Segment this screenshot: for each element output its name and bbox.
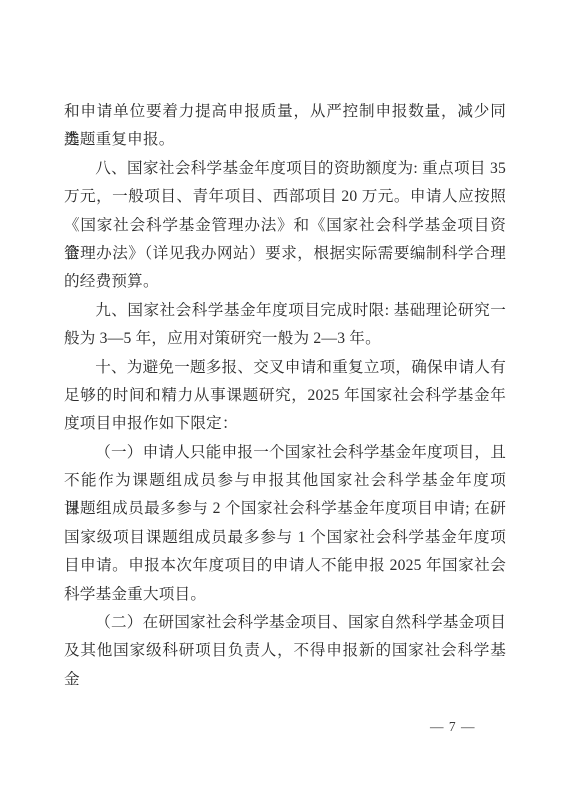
text-line: 的经费预算。 [64,268,506,296]
page-number: — 7 — [430,719,476,734]
text-line: 国家级项目课题组成员最多参与 1 个国家社会科学基金年度项 [64,524,506,552]
text-line: 目申请。申报本次年度项目的申请人不能申报 2025 年国家社会 [64,552,506,580]
text-line: （二）在研国家社会科学基金项目、国家自然科学基金项目 [64,609,506,637]
text-line: 八、国家社会科学基金年度项目的资助额度为: 重点项目 35 [64,155,506,183]
text-line: （一）申请人只能申报一个国家社会科学基金年度项目，且 [64,439,506,467]
text-line: 课题组成员最多参与 2 个国家社会科学基金年度项目申请; 在研 [64,495,506,523]
text-line: 般为 3—5 年，应用对策研究一般为 2—3 年。 [64,325,506,353]
text-line: 不能作为课题组成员参与申报其他国家社会科学基金年度项目。 [64,467,506,495]
text-line: 十、为避免一题多报、交叉申请和重复立项，确保申请人有 [64,354,506,382]
text-block: 和申请单位要着力提高申报质量，从严控制申报数量，减少同类选题重复申报。八、国家社… [64,98,506,666]
text-line: 万元，一般项目、青年项目、西部项目 20 万元。申请人应按照 [64,183,506,211]
text-line: 科学基金重大项目。 [64,581,506,609]
document-page: 和申请单位要着力提高申报质量，从严控制申报数量，减少同类选题重复申报。八、国家社… [0,0,568,804]
text-line: 和申请单位要着力提高申报质量，从严控制申报数量，减少同类 [64,98,506,126]
text-line: 管理办法》（详见我办网站）要求，根据实际需要编制科学合理 [64,240,506,268]
text-line: 九、国家社会科学基金年度项目完成时限: 基础理论研究一 [64,297,506,325]
text-line: 足够的时间和精力从事课题研究，2025 年国家社会科学基金年 [64,382,506,410]
text-line: 及其他国家级科研项目负责人，不得申报新的国家社会科学基金 [64,637,506,665]
text-line: 选题重复申报。 [64,126,506,154]
text-line: 《国家社会科学基金管理办法》和《国家社会科学基金项目资金 [64,212,506,240]
text-line: 度项目申报作如下限定： [64,410,506,438]
